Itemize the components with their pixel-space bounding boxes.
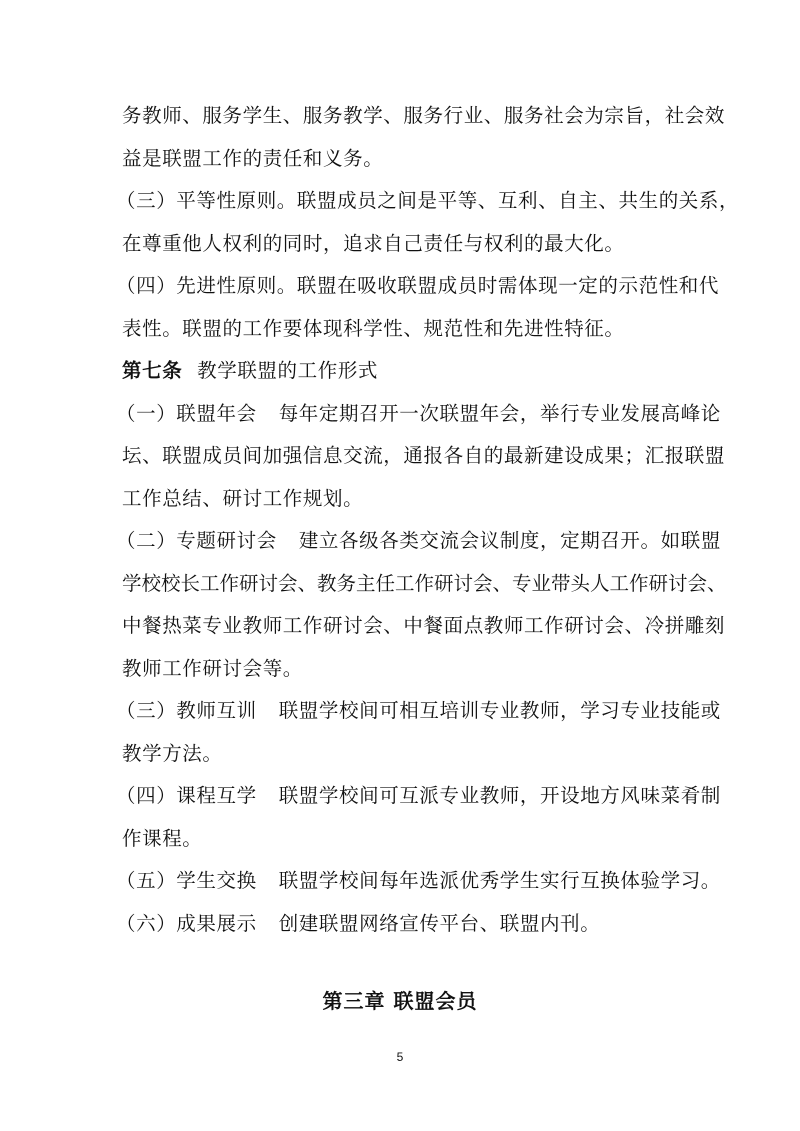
form-label: （三）教师互训 <box>116 699 257 722</box>
body-text: 务教师、服务学生、服务教学、服务行业、服务社会为宗旨，社会效 益是联盟工作的责任… <box>122 100 682 950</box>
form-item-1: （一）联盟年会每年定期召开一次联盟年会，举行专业发展高峰论 <box>116 398 682 441</box>
paragraph-line: 益是联盟工作的责任和义务。 <box>122 143 682 186</box>
form-item-2-cont: 学校校长工作研讨会、教务主任工作研讨会、专业带头人工作研讨会、 <box>122 568 682 611</box>
form-text: 创建联盟网络宣传平台、联盟内刊。 <box>279 912 601 935</box>
form-item-5: （五）学生交换联盟学校间每年选派优秀学生实行互换体验学习。 <box>116 865 682 908</box>
form-item-2: （二）专题研讨会建立各级各类交流会议制度，定期召开。如联盟 <box>116 525 682 568</box>
form-label: （四）课程互学 <box>116 784 257 807</box>
form-item-4: （四）课程互学联盟学校间可互派专业教师，开设地方风味菜肴制 <box>116 780 682 823</box>
chapter-heading: 第三章 联盟会员 <box>0 985 800 1014</box>
form-label: （二）专题研讨会 <box>116 529 277 552</box>
page-number: 5 <box>0 1050 800 1064</box>
form-item-6: （六）成果展示创建联盟网络宣传平台、联盟内刊。 <box>116 908 682 951</box>
form-label: （一）联盟年会 <box>116 402 257 425</box>
principle-3: （三）平等性原则。联盟成员之间是平等、互利、自主、共生的关系， <box>116 185 682 228</box>
paragraph-line: 在尊重他人权利的同时，追求自己责任与权利的最大化。 <box>122 228 682 271</box>
form-item-1-cont: 坛、联盟成员间加强信息交流，通报各自的最新建设成果；汇报联盟 <box>122 440 682 483</box>
form-item-2-cont: 中餐热菜专业教师工作研讨会、中餐面点教师工作研讨会、冷拼雕刻 <box>122 610 682 653</box>
form-text: 建立各级各类交流会议制度，定期召开。如联盟 <box>299 529 721 552</box>
form-text: 联盟学校间可相互培训专业教师，学习专业技能或 <box>279 699 721 722</box>
form-item-4-cont: 作课程。 <box>122 823 682 866</box>
document-page: 务教师、服务学生、服务教学、服务行业、服务社会为宗旨，社会效 益是联盟工作的责任… <box>0 0 800 1131</box>
form-item-1-cont: 工作总结、研讨工作规划。 <box>122 483 682 526</box>
form-item-2-cont: 教师工作研讨会等。 <box>122 653 682 696</box>
form-text: 联盟学校间可互派专业教师，开设地方风味菜肴制 <box>279 784 721 807</box>
form-item-3: （三）教师互训联盟学校间可相互培训专业教师，学习专业技能或 <box>116 695 682 738</box>
article-label: 第七条 <box>122 359 182 382</box>
principle-4: （四）先进性原则。联盟在吸收联盟成员时需体现一定的示范性和代 <box>116 270 682 313</box>
article-7-heading: 第七条 教学联盟的工作形式 <box>122 355 682 398</box>
form-text: 联盟学校间每年选派优秀学生实行互换体验学习。 <box>279 869 721 892</box>
article-title: 教学联盟的工作形式 <box>197 359 378 382</box>
form-label: （五）学生交换 <box>116 869 257 892</box>
paragraph-line: 务教师、服务学生、服务教学、服务行业、服务社会为宗旨，社会效 <box>122 100 682 143</box>
form-item-3-cont: 教学方法。 <box>122 738 682 781</box>
paragraph-line: 表性。联盟的工作要体现科学性、规范性和先进性特征。 <box>122 313 682 356</box>
form-text: 每年定期召开一次联盟年会，举行专业发展高峰论 <box>279 402 721 425</box>
form-label: （六）成果展示 <box>116 912 257 935</box>
